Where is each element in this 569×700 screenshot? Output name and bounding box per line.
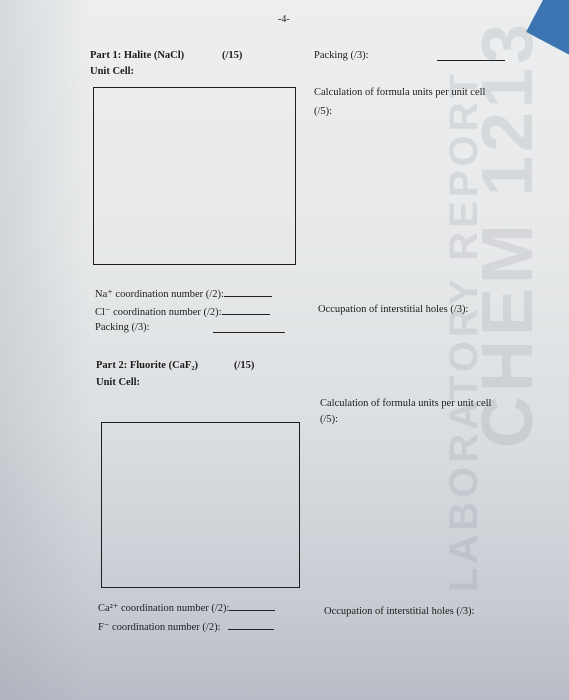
part1-unit-cell-label: Unit Cell: xyxy=(90,66,134,77)
bleed-through-text-2: LABORATORY REPORT xyxy=(442,70,487,592)
ca-cn-answer[interactable] xyxy=(229,600,275,611)
photo-shadow xyxy=(0,0,90,700)
part2-calc-label: Calculation of formula units per unit ce… xyxy=(320,398,491,409)
part2-unit-cell-label: Unit Cell: xyxy=(96,377,140,388)
part2-marks: (/15) xyxy=(234,360,254,371)
part2-cation-cn-label: Ca²⁺ coordination number (/2): xyxy=(98,600,275,614)
part1-packing2-label: Packing (/3): xyxy=(95,322,150,333)
part1-packing-label: Packing (/3): xyxy=(314,50,369,61)
part2-title: Part 2: Fluorite (CaF₂) xyxy=(96,360,198,371)
na-cn-text: Na⁺ coordination number (/2): xyxy=(95,289,224,300)
page-number: -4- xyxy=(278,14,290,25)
part1-cation-cn-label: Na⁺ coordination number (/2): xyxy=(95,286,272,300)
part1-packing2-answer[interactable] xyxy=(213,322,285,336)
part1-occupation-label: Occupation of interstitial holes (/3): xyxy=(318,304,468,315)
f-cn-answer[interactable] xyxy=(228,619,274,630)
part2-anion-cn-label: F⁻ coordination number (/2): xyxy=(98,619,274,633)
na-cn-answer[interactable] xyxy=(224,286,272,297)
cl-cn-text: Cl⁻ coordination number (/2): xyxy=(95,307,222,318)
part2-calc-marks: (/5): xyxy=(320,414,338,425)
worksheet-page: CHEM 1213 LABORATORY REPORT -4- Part 1: … xyxy=(0,0,569,700)
part2-unit-cell-box[interactable] xyxy=(101,422,300,588)
part1-calc-marks: (/5): xyxy=(314,106,332,117)
part1-packing-answer[interactable] xyxy=(437,50,505,64)
ca-cn-text: Ca²⁺ coordination number (/2): xyxy=(98,603,229,614)
part2-occupation-label: Occupation of interstitial holes (/3): xyxy=(324,606,474,617)
part1-anion-cn-label: Cl⁻ coordination number (/2): xyxy=(95,304,270,318)
part1-marks: (/15) xyxy=(222,50,242,61)
part1-unit-cell-box[interactable] xyxy=(93,87,296,265)
cl-cn-answer[interactable] xyxy=(222,304,270,315)
part1-title: Part 1: Halite (NaCl) xyxy=(90,50,184,61)
part1-calc-label: Calculation of formula units per unit ce… xyxy=(314,87,485,98)
f-cn-text: F⁻ coordination number (/2): xyxy=(98,622,220,633)
